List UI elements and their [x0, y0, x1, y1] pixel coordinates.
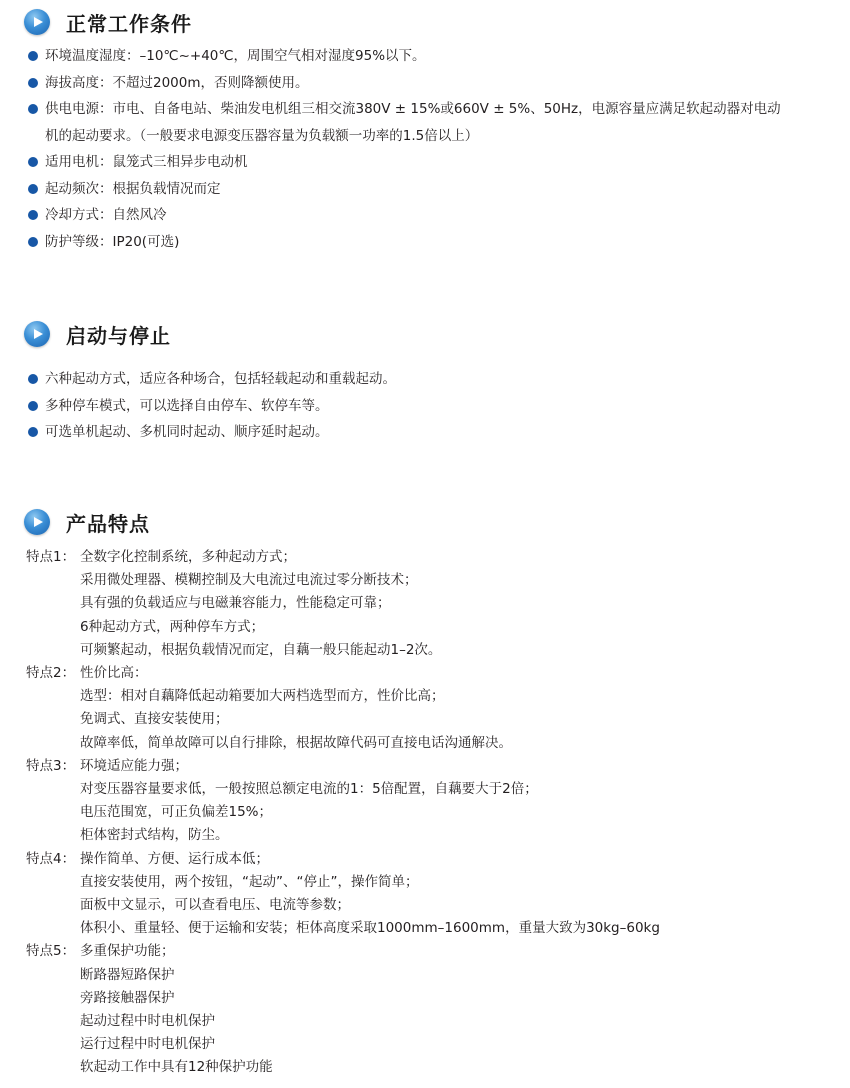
bullet-dot-icon — [28, 237, 38, 247]
section-title-start-stop: 启动与停止 — [24, 319, 171, 349]
bullet-dot-icon — [28, 401, 38, 411]
bullet-dot-icon — [28, 157, 38, 167]
product-features-list: 特点1： 全数字化控制系统，多种起动方式； 采用微处理器、模糊控制及大电流过电流… — [26, 546, 660, 1080]
bullet-dot-icon — [28, 210, 38, 220]
feature-label: 特点3： — [26, 755, 80, 848]
feature-item: 特点4： 操作简单、方便、运行成本低； 直接安装使用，两个按钮，“起动”、“停止… — [26, 848, 660, 941]
play-icon — [24, 321, 50, 347]
feature-label: 特点5： — [26, 940, 80, 1079]
list-item: 供电电源：市电、自备电站、柴油发电机组三相交流380V ± 15%或660V ±… — [28, 96, 781, 149]
feature-item: 特点2： 性价比高： 选型：相对自藕降低起动箱要加大两档选型而方，性价比高； 免… — [26, 662, 660, 755]
play-icon — [24, 9, 50, 35]
section-title-product-features: 产品特点 — [24, 507, 150, 537]
list-item: 冷却方式：自然风冷 — [28, 202, 781, 229]
bullet-dot-icon — [28, 374, 38, 384]
feature-item: 特点5： 多重保护功能； 断路器短路保护 旁路接触器保护 起动过程中时电机保护 … — [26, 940, 660, 1079]
feature-label: 特点1： — [26, 546, 80, 662]
list-item: 环境温度湿度：–10℃~+40℃，周围空气相对湿度95%以下。 — [28, 43, 781, 70]
section-heading: 启动与停止 — [66, 320, 171, 349]
section-title-working-conditions: 正常工作条件 — [24, 7, 192, 37]
section-heading: 正常工作条件 — [66, 8, 192, 37]
bullet-dot-icon — [28, 51, 38, 61]
bullet-dot-icon — [28, 78, 38, 88]
feature-label: 特点4： — [26, 848, 80, 941]
play-icon — [24, 509, 50, 535]
feature-item: 特点1： 全数字化控制系统，多种起动方式； 采用微处理器、模糊控制及大电流过电流… — [26, 546, 660, 662]
list-item: 适用电机：鼠笼式三相异步电动机 — [28, 149, 781, 176]
feature-label: 特点2： — [26, 662, 80, 755]
list-item: 可选单机起动、多机同时起动、顺序延时起动。 — [28, 419, 396, 446]
list-item: 六种起动方式，适应各种场合，包括轻载起动和重载起动。 — [28, 366, 396, 393]
feature-item: 特点3： 环境适应能力强； 对变压器容量要求低，一般按照总额定电流的1：5倍配置… — [26, 755, 660, 848]
list-item: 海拔高度：不超过2000m，否则降额使用。 — [28, 70, 781, 97]
bullet-dot-icon — [28, 104, 38, 114]
start-stop-list: 六种起动方式，适应各种场合，包括轻载起动和重载起动。 多种停车模式，可以选择自由… — [28, 366, 396, 446]
bullet-dot-icon — [28, 184, 38, 194]
list-item: 多种停车模式，可以选择自由停车、软停车等。 — [28, 393, 396, 420]
working-conditions-list: 环境温度湿度：–10℃~+40℃，周围空气相对湿度95%以下。 海拔高度：不超过… — [28, 43, 781, 255]
bullet-dot-icon — [28, 427, 38, 437]
list-item: 防护等级：IP20(可选) — [28, 229, 781, 256]
section-heading: 产品特点 — [66, 508, 150, 537]
list-item: 起动频次：根据负载情况而定 — [28, 176, 781, 203]
